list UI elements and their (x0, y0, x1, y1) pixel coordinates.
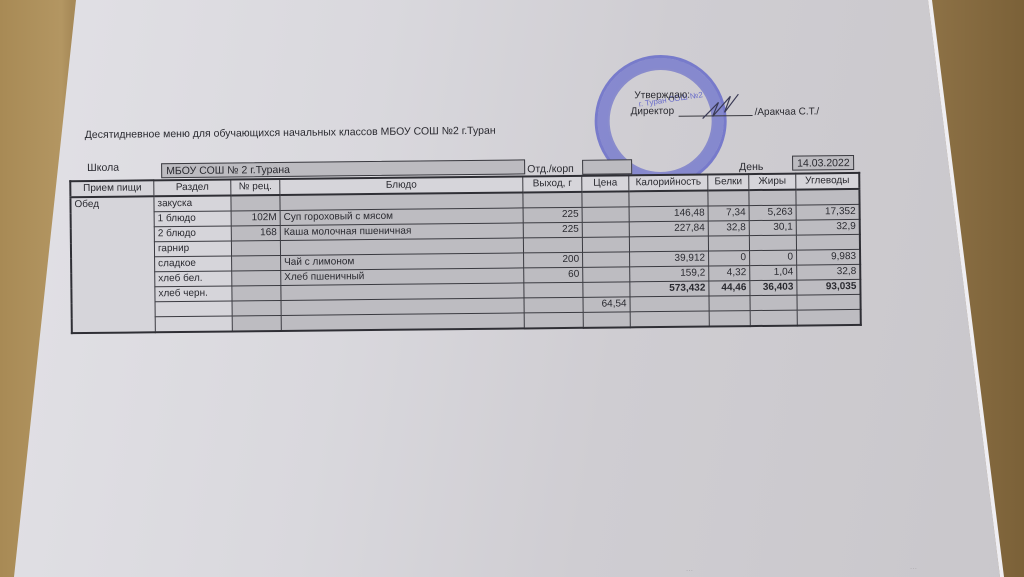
dept-label: Отд./корп (527, 163, 574, 175)
cell-section (155, 316, 232, 332)
cell-price (582, 237, 629, 252)
menu-table: Прием пищи Раздел № рец. Блюдо Выход, г … (69, 172, 862, 334)
cell-calories (630, 296, 709, 312)
director-name: /Аракчаа С.Т./ (755, 106, 820, 118)
cell-output: 200 (524, 252, 583, 268)
footer-mark: · · · (686, 568, 692, 573)
col-price: Цена (582, 175, 629, 191)
cell-section: гарнир (154, 241, 231, 257)
cell-fat: 30,1 (749, 220, 796, 235)
cell-price (583, 282, 630, 297)
document-title: Десятидневное меню для обучающихся начал… (85, 125, 496, 141)
cell-protein (709, 311, 750, 327)
cell-fat: 36,403 (750, 280, 797, 295)
col-section: Раздел (154, 180, 231, 197)
cell-carbs: 17,352 (796, 204, 860, 220)
cell-output (523, 237, 582, 253)
cell-protein: 0 (709, 251, 750, 266)
cell-price (583, 252, 630, 267)
cell-protein (709, 296, 750, 311)
cell-recipe (231, 195, 280, 211)
cell-protein (708, 190, 749, 206)
signature-mark (698, 92, 742, 120)
cell-recipe: 102М (231, 210, 280, 226)
cell-fat (750, 310, 797, 326)
cell-section: закуска (154, 196, 231, 212)
cell-recipe: 168 (231, 225, 280, 241)
dept-field (582, 159, 632, 175)
cell-carbs (797, 294, 861, 310)
cell-protein: 7,34 (708, 206, 749, 221)
cell-price (582, 222, 629, 237)
col-carbs: Углеводы (796, 173, 860, 190)
meal-cell: Обед (70, 196, 155, 333)
cell-carbs (796, 189, 860, 205)
cell-section: 1 блюдо (154, 211, 231, 227)
cell-section: 2 блюдо (154, 226, 231, 242)
cell-protein: 32,8 (708, 221, 749, 236)
cell-recipe (231, 240, 280, 256)
day-field: 14.03.2022 (792, 155, 854, 171)
cell-calories: 573,432 (630, 281, 709, 297)
cell-carbs (796, 234, 860, 250)
cell-calories: 159,2 (630, 266, 709, 282)
cell-output: 225 (523, 222, 582, 238)
cell-output (524, 297, 583, 313)
cell-price (583, 312, 630, 328)
cell-calories: 146,48 (629, 206, 708, 222)
cell-calories (629, 191, 708, 207)
cell-section: хлеб бел. (155, 271, 232, 287)
cell-carbs: 9,983 (797, 249, 861, 265)
cell-price: 64,54 (583, 297, 630, 312)
cell-fat: 1,04 (750, 265, 797, 280)
cell-fat: 0 (750, 250, 797, 265)
document-content: г. Туран СОШ №2 Утверждаю: Директор /Ара… (0, 0, 1024, 577)
cell-protein (708, 236, 749, 251)
cell-calories: 39,912 (630, 251, 709, 267)
cell-fat: 5,263 (749, 205, 796, 220)
director-label: Директор (631, 106, 675, 117)
cell-recipe (232, 285, 281, 301)
cell-output: 60 (524, 267, 583, 283)
cell-fat (750, 295, 797, 310)
cell-section: хлеб черн. (155, 286, 232, 302)
cell-calories (629, 236, 708, 252)
col-output: Выход, г (523, 176, 582, 193)
cell-carbs: 32,8 (797, 264, 861, 280)
cell-fat (749, 190, 796, 206)
cell-carbs: 93,035 (797, 279, 861, 295)
cell-recipe (232, 255, 281, 271)
cell-price (582, 191, 629, 207)
cell-output: 225 (523, 207, 582, 223)
cell-section (155, 301, 232, 317)
cell-price (583, 267, 630, 282)
cell-output (523, 192, 582, 208)
cell-section: сладкое (155, 256, 232, 272)
approve-label: Утверждаю: (634, 90, 690, 102)
cell-recipe (232, 300, 281, 316)
col-fat: Жиры (749, 174, 796, 190)
cell-recipe (232, 315, 281, 331)
footer-mark: · · · (910, 565, 916, 570)
day-label: День (739, 161, 763, 173)
cell-price (582, 207, 629, 222)
cell-protein: 4,32 (709, 266, 750, 281)
col-calories: Калорийность (629, 175, 708, 192)
col-protein: Белки (708, 174, 749, 190)
cell-protein: 44,46 (709, 281, 750, 296)
cell-carbs: 32,9 (796, 219, 860, 235)
col-meal: Прием пищи (70, 180, 154, 197)
cell-calories: 227,84 (629, 221, 708, 237)
cell-fat (749, 235, 796, 250)
school-label: Школа (87, 162, 119, 174)
cell-carbs (797, 309, 861, 325)
cell-dish (281, 313, 524, 331)
cell-output (524, 312, 583, 328)
col-recipe: № рец. (231, 179, 280, 196)
cell-calories (630, 311, 709, 327)
cell-output (524, 282, 583, 298)
cell-recipe (232, 270, 281, 286)
